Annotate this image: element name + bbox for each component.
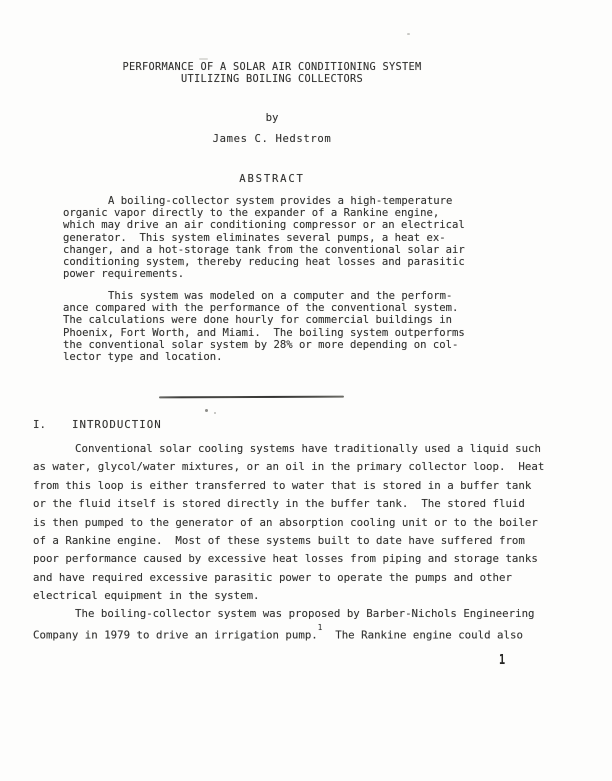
author-name: James C. Hedstrom [2,133,542,146]
text-line: the conventional solar system by 28% or … [63,339,503,351]
section-number: I. [33,418,46,431]
text-line: Conventional solar cooling systems have … [33,440,588,458]
text-line: from this loop is either transferred to … [33,477,588,495]
text-line: as water, glycol/water mixtures, or an o… [33,458,588,476]
text-line: A boiling-collector system provides a hi… [63,195,503,207]
abstract-paragraph-1: A boiling-collector system provides a hi… [63,195,503,280]
text-line: of a Rankine engine. Most of these syste… [33,532,588,550]
intro-p2-line-2: Company in 1979 to drive an irrigation p… [33,623,588,645]
section-title-introduction: INTRODUCTION [72,418,162,431]
footnote-reference: 1 [318,623,323,632]
text-line: electrical equipment in the system. [33,587,588,605]
text-line: conditioning system, thereby reducing he… [63,256,503,268]
section-divider-rule [159,396,344,399]
text-line: which may drive an air conditioning comp… [63,219,503,231]
byline: by [2,111,542,124]
scan-artifact-dot [205,409,208,412]
title-line-2: UTILIZING BOILING COLLECTORS [2,73,542,85]
title-line-1: PERFORMANCE OF A SOLAR AIR CONDITIONING … [2,61,542,73]
text-line: changer, and a hot-storage tank from the… [63,244,503,256]
document-title: PERFORMANCE OF A SOLAR AIR CONDITIONING … [2,61,542,86]
text-line: poor performance caused by excessive hea… [33,550,588,568]
intro-p2-line-2-text: Company in 1979 to drive an irrigation p… [33,629,318,642]
text-line: or the fluid itself is stored directly i… [33,495,588,513]
abstract-heading: ABSTRACT [2,173,542,186]
scan-artifact-smudge [199,58,208,60]
text-line: The calculations were done hourly for co… [63,314,503,326]
text-line: organic vapor directly to the expander o… [63,207,503,219]
page-number: 1 [499,653,505,668]
text-line: power requirements. [63,268,503,280]
text-line: lector type and location. [63,351,503,363]
text-line: ance compared with the performance of th… [63,302,503,314]
scanned-document-page: PERFORMANCE OF A SOLAR AIR CONDITIONING … [0,0,612,781]
text-line: and have required excessive parasitic po… [33,569,588,587]
scan-artifact-dot [407,33,410,35]
intro-p2-line-1: The boiling-collector system was propose… [33,605,588,623]
intro-paragraph-2: The boiling-collector system was propose… [33,605,588,645]
text-line: generator. This system eliminates severa… [63,232,503,244]
scan-artifact-dot [214,412,216,414]
intro-p2-line-2-cont: The Rankine engine could also [322,629,523,642]
intro-paragraph-1: Conventional solar cooling systems have … [33,440,588,606]
text-line: Phoenix, Fort Worth, and Miami. The boil… [63,327,503,339]
abstract-paragraph-2: This system was modeled on a computer an… [63,290,503,363]
text-line: This system was modeled on a computer an… [63,290,503,302]
text-line: is then pumped to the generator of an ab… [33,514,588,532]
